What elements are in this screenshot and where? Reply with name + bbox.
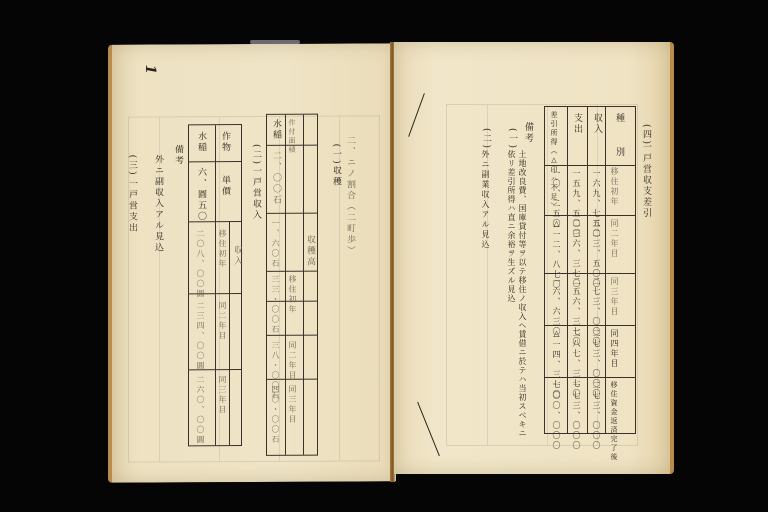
sub-two-label: (二) — [250, 144, 263, 166]
year-label: 同四年目 — [609, 329, 620, 369]
harvest-row-value: 四〇・〇〇石 — [270, 385, 281, 445]
income-row-year: 同二年目 — [217, 301, 228, 341]
harvest-row-value: 一、六〇石 — [270, 219, 281, 269]
sub-two-title: 一戸営収入 — [250, 166, 263, 221]
right-page: (四) 一戸営収支差引 種 別 収入 支出 差引所得（△印ハ不足） 移住初年 一… — [394, 42, 674, 474]
note-one-text: 土地改良費、国庫貸付等ヲ以テ移住ノ収入ヘ賃借ニ於テハ当初スベキニ依リ差引所得ハ直… — [506, 150, 528, 438]
notes-text: 外ニ副収入アル見込 — [152, 154, 165, 253]
section-heading: 二、ニノ割合（二町歩） — [344, 135, 357, 256]
type-header: 種 — [613, 113, 626, 124]
note-two-label: (二) — [480, 128, 493, 150]
sub-four-title: 一戸営収支差引 — [640, 142, 653, 219]
income-col-header: 作物 — [219, 131, 232, 153]
income-span-label: 収入 — [231, 245, 244, 267]
year-label: 移住資金返済完了後 — [609, 381, 619, 462]
income-row-year: 同三年目 — [217, 375, 228, 415]
open-book-photo: 1 二、ニノ割合（二町歩） (一) 収穫 水稲 作付面積 収穫高 二、〇〇石 一… — [0, 0, 768, 512]
income-unit-label: 単價 — [219, 175, 232, 197]
sub-three-title: 一戸営支出 — [126, 179, 139, 234]
income-row-year: 移住初年 — [217, 229, 228, 269]
note-two-text: 外ニ副業収入アル見込 — [480, 150, 491, 250]
year-label: 同二年目 — [609, 219, 620, 259]
income-row-value: 二三四、〇〇圓 — [195, 301, 206, 371]
scratch-mark — [417, 402, 440, 456]
income-table: 水稲 作物 六、圓五〇 単價 収入 二〇八、〇〇圓 二三四、〇〇圓 二六〇、〇〇… — [188, 124, 242, 446]
row-label-expense: 支出 — [571, 113, 584, 135]
harvest-header-span: 収穫高 — [304, 235, 317, 268]
income-row-value: 二六〇、〇〇圓 — [195, 375, 206, 445]
sub-three-label: (三) — [126, 155, 139, 177]
harvest-table: 水稲 作付面積 収穫高 二、〇〇石 一、六〇石 三三・〇〇石 三八・〇〇石 四〇… — [266, 114, 318, 456]
balance-value: 一〇〇、〇〇〇 — [551, 381, 562, 451]
notes-label: 備考 — [522, 122, 535, 144]
income-row-value: 二〇八、〇〇圓 — [195, 229, 206, 299]
balance-value: 一六、六三〇 — [551, 277, 562, 337]
harvest-row-year: 同二年目 — [287, 341, 298, 381]
row-label-income: 収入 — [591, 113, 604, 135]
harvest-header-label: 水稲 — [270, 119, 283, 141]
expense-value: 一七三、〇〇〇 — [571, 381, 582, 451]
income-col-header: 水稲 — [195, 131, 208, 153]
sub-one-label: (一) — [330, 144, 343, 166]
sub-one-title: 収穫 — [330, 166, 343, 188]
year-label: 移住初年 — [609, 167, 620, 207]
harvest-row-value: 二、〇〇石 — [270, 151, 283, 206]
harvest-header-year: 作付面積 — [287, 119, 297, 155]
scratch-mark — [408, 93, 425, 137]
balance-table: 種 別 収入 支出 差引所得（△印ハ不足） 移住初年 一六九、七五〇 一五九、五… — [544, 106, 636, 434]
income-value: 二七三、〇〇〇 — [591, 381, 602, 451]
kind-header: 別 — [613, 147, 626, 158]
year-label: 同三年目 — [609, 277, 620, 317]
handwritten-mark: 1 — [142, 64, 158, 76]
left-page: 1 二、ニノ割合（二町歩） (一) 収穫 水稲 作付面積 収穫高 二、〇〇石 一… — [108, 43, 396, 483]
harvest-row-year: 同三年目 — [287, 385, 298, 425]
harvest-row-year: 移住初年 — [287, 275, 298, 315]
note-one-label: (一) — [506, 128, 519, 150]
harvest-row-value: 三三・〇〇石 — [270, 275, 281, 335]
notes-label: 備考 — [172, 144, 185, 166]
income-unit-price: 六、圓五〇 — [195, 167, 208, 222]
